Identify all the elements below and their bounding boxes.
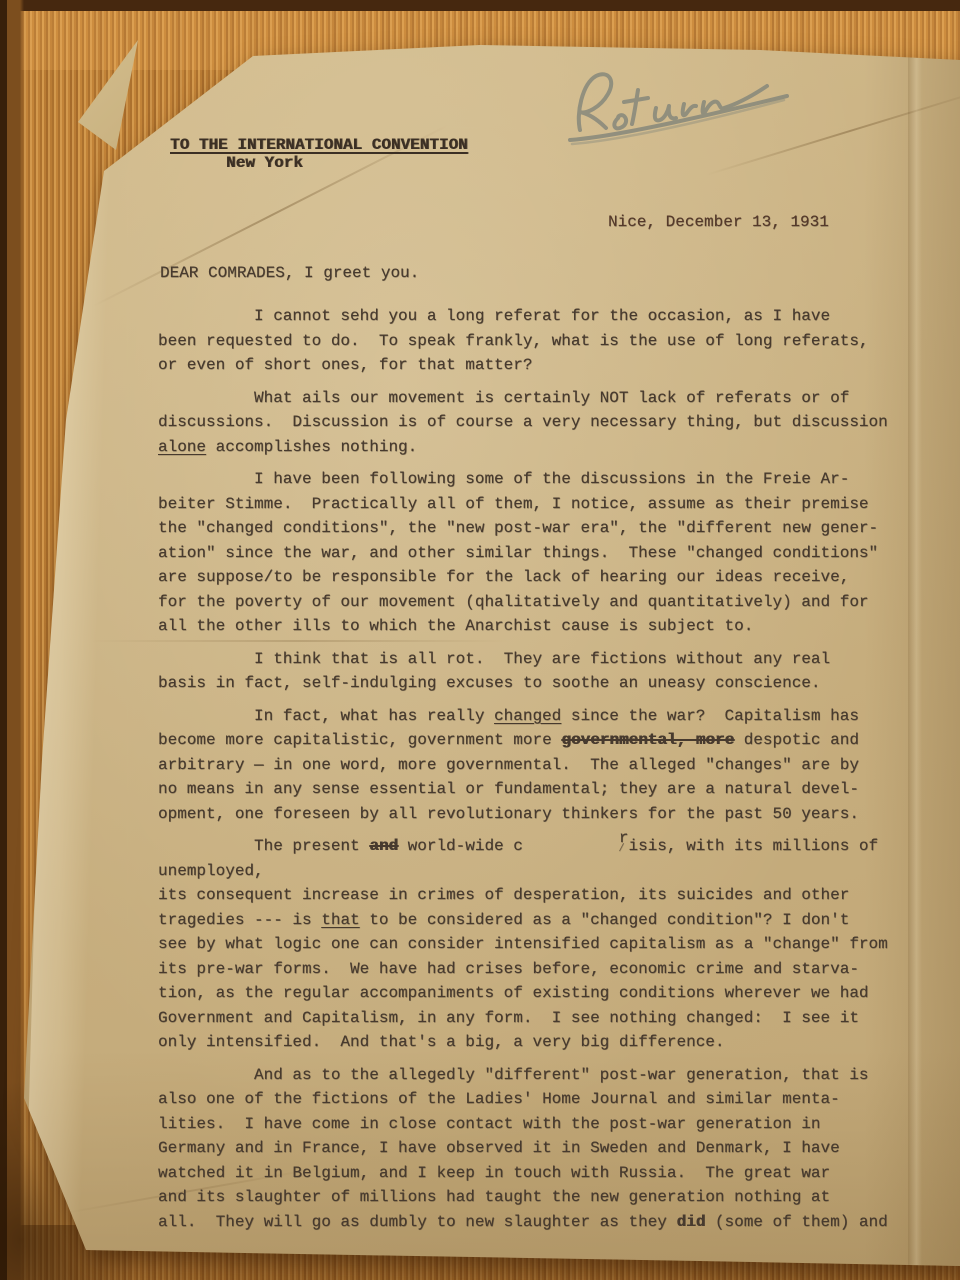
typed-text: (some of them) and bbox=[705, 1213, 887, 1231]
typed-text: no means in any sense essential or funda… bbox=[158, 780, 859, 798]
typed-text: world-wide c bbox=[398, 837, 523, 855]
typed-text: see by what logic one can consider inten… bbox=[158, 935, 888, 953]
typed-text: opment, one foreseen by all revolutionar… bbox=[158, 805, 859, 823]
paragraph: I have been following some of the discus… bbox=[158, 467, 938, 639]
typed-text: arbitrary — in one word, more government… bbox=[158, 756, 859, 774]
letter-dateline: Nice, December 13, 1931 bbox=[608, 213, 829, 231]
typed-text: been requested to do. To speak frankly, … bbox=[158, 332, 869, 350]
letter-body: I cannot sehd you a long referat for the… bbox=[158, 304, 938, 1242]
paragraph: And as to the allegedly "different" post… bbox=[158, 1063, 938, 1235]
typed-text: to be considered as a "changed condition… bbox=[360, 911, 850, 929]
emphasized-text: did bbox=[676, 1213, 705, 1231]
typed-text: watched it in Belgium, and I keep in tou… bbox=[158, 1164, 830, 1182]
typed-text: ation" since the war, and other similar … bbox=[158, 544, 878, 562]
typed-text: all. They will go as dumbly to new slaug… bbox=[158, 1213, 676, 1231]
typed-text: become more capitalistic, government mor… bbox=[158, 731, 561, 749]
typed-text: I cannot sehd you a long referat for the… bbox=[254, 307, 830, 325]
typed-text: despotic and bbox=[734, 731, 859, 749]
emphasized-text: governmental, more bbox=[561, 731, 734, 749]
paragraph: I think that is all rot. They are fictio… bbox=[158, 647, 938, 696]
typed-text: tion, as the regular accompaniments of e… bbox=[158, 984, 869, 1002]
typed-text: and its slaughter of millions had taught… bbox=[158, 1188, 830, 1206]
paragraph: What ails our movement is certainly NOT … bbox=[158, 386, 938, 460]
emphasized-text: alone bbox=[158, 438, 206, 456]
emphasized-text: r bbox=[523, 826, 629, 851]
typed-text: basis in fact, self-indulging excuses to… bbox=[158, 674, 821, 692]
typed-text: all the other ills to which the Anarchis… bbox=[158, 617, 753, 635]
typewritten-letter: TO THE INTERNATIONAL CONVENTION New York… bbox=[0, 0, 960, 1280]
typed-text: also one of the fictions of the Ladies' … bbox=[158, 1090, 840, 1108]
typed-text: or even of short ones, for that matter? bbox=[158, 356, 532, 374]
typed-text: In fact, what has really bbox=[254, 707, 494, 725]
typed-text: for the poverty of our movement (qhalita… bbox=[158, 593, 869, 611]
typed-text: its consequent increase in crimes of des… bbox=[158, 886, 849, 904]
photo-of-letter: Return TO THE INTERNATIONAL CONVENTION N… bbox=[0, 0, 960, 1280]
typed-text: tragedies --- is bbox=[158, 911, 321, 929]
emphasized-text: changed bbox=[494, 707, 561, 725]
paragraph: I cannot sehd you a long referat for the… bbox=[158, 304, 938, 378]
emphasized-text: that bbox=[321, 911, 359, 929]
letter-heading: TO THE INTERNATIONAL CONVENTION New York bbox=[170, 136, 468, 172]
typed-text: are suppose/to be responsible for the la… bbox=[158, 568, 849, 586]
typed-text: since the war? Capitalism has bbox=[561, 707, 859, 725]
typed-text: accomplishes nothing. bbox=[206, 438, 417, 456]
letter-salutation: DEAR COMRADES, I greet you. bbox=[160, 264, 419, 282]
typed-text: I have been following some of the discus… bbox=[254, 470, 849, 488]
emphasized-text: and bbox=[369, 837, 398, 855]
typed-text: discussions. Discussion is of course a v… bbox=[158, 413, 888, 431]
typed-text: What ails our movement is certainly NOT … bbox=[254, 389, 849, 407]
typed-text: The present bbox=[254, 837, 369, 855]
typed-text: Government and Capitalism, in any form. … bbox=[158, 1009, 859, 1027]
typed-text: its pre-war forms. We have had crises be… bbox=[158, 960, 859, 978]
heading-city: New York bbox=[226, 154, 468, 172]
paragraph: The present and world-wide crisis, with … bbox=[158, 834, 938, 1055]
typed-text: lities. I have come in close contact wit… bbox=[158, 1115, 821, 1133]
typed-text: I think that is all rot. They are fictio… bbox=[254, 650, 830, 668]
typed-text: And as to the allegedly "different" post… bbox=[254, 1066, 869, 1084]
heading-addressee: TO THE INTERNATIONAL CONVENTION bbox=[170, 136, 468, 154]
typed-text: beiter Stimme. Practically all of them, … bbox=[158, 495, 869, 513]
typed-text: only intensified. And that's a big, a ve… bbox=[158, 1033, 725, 1051]
typed-text: Germany and in France, I have observed i… bbox=[158, 1139, 840, 1157]
typed-text: the "changed conditions", the "new post-… bbox=[158, 519, 878, 537]
paragraph: In fact, what has really changed since t… bbox=[158, 704, 938, 827]
